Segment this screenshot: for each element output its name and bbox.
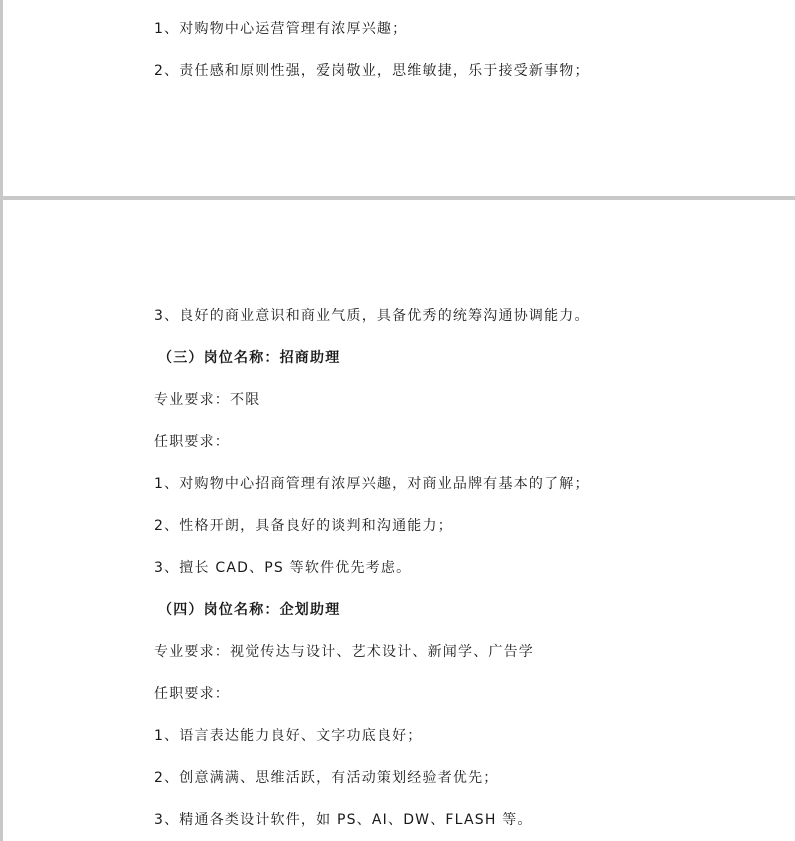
requirement-item: 3、良好的商业意识和商业气质，具备优秀的统筹沟通协调能力。 — [154, 307, 590, 325]
requirement-item: 3、擅长 CAD、PS 等软件优先考虑。 — [154, 559, 411, 577]
document-page-1: 1、对购物中心运营管理有浓厚兴趣； 2、责任感和原则性强，爱岗敬业，思维敏捷，乐… — [3, 0, 795, 196]
document-page-2: 3、良好的商业意识和商业气质，具备优秀的统筹沟通协调能力。 （三）岗位名称：招商… — [3, 200, 795, 841]
requirement-item: 1、语言表达能力良好、文字功底良好； — [154, 727, 423, 745]
requirement-item: 1、对购物中心运营管理有浓厚兴趣； — [154, 20, 407, 38]
section-heading: （四）岗位名称：企划助理 — [158, 601, 340, 619]
major-requirement: 专业要求：不限 — [154, 391, 260, 409]
requirements-label: 任职要求： — [154, 433, 230, 451]
requirement-item: 1、对购物中心招商管理有浓厚兴趣，对商业品牌有基本的了解； — [154, 475, 590, 493]
major-requirement: 专业要求：视觉传达与设计、艺术设计、新闻学、广告学 — [154, 643, 534, 661]
requirement-item: 3、精通各类设计软件，如 PS、AI、DW、FLASH 等。 — [154, 811, 533, 829]
section-heading: （三）岗位名称：招商助理 — [158, 349, 340, 367]
requirement-item: 2、性格开朗，具备良好的谈判和沟通能力； — [154, 517, 453, 535]
requirement-item: 2、创意满满、思维活跃，有活动策划经验者优先； — [154, 769, 499, 787]
requirement-item: 2、责任感和原则性强，爱岗敬业，思维敏捷，乐于接受新事物； — [154, 62, 590, 80]
requirements-label: 任职要求： — [154, 685, 230, 703]
